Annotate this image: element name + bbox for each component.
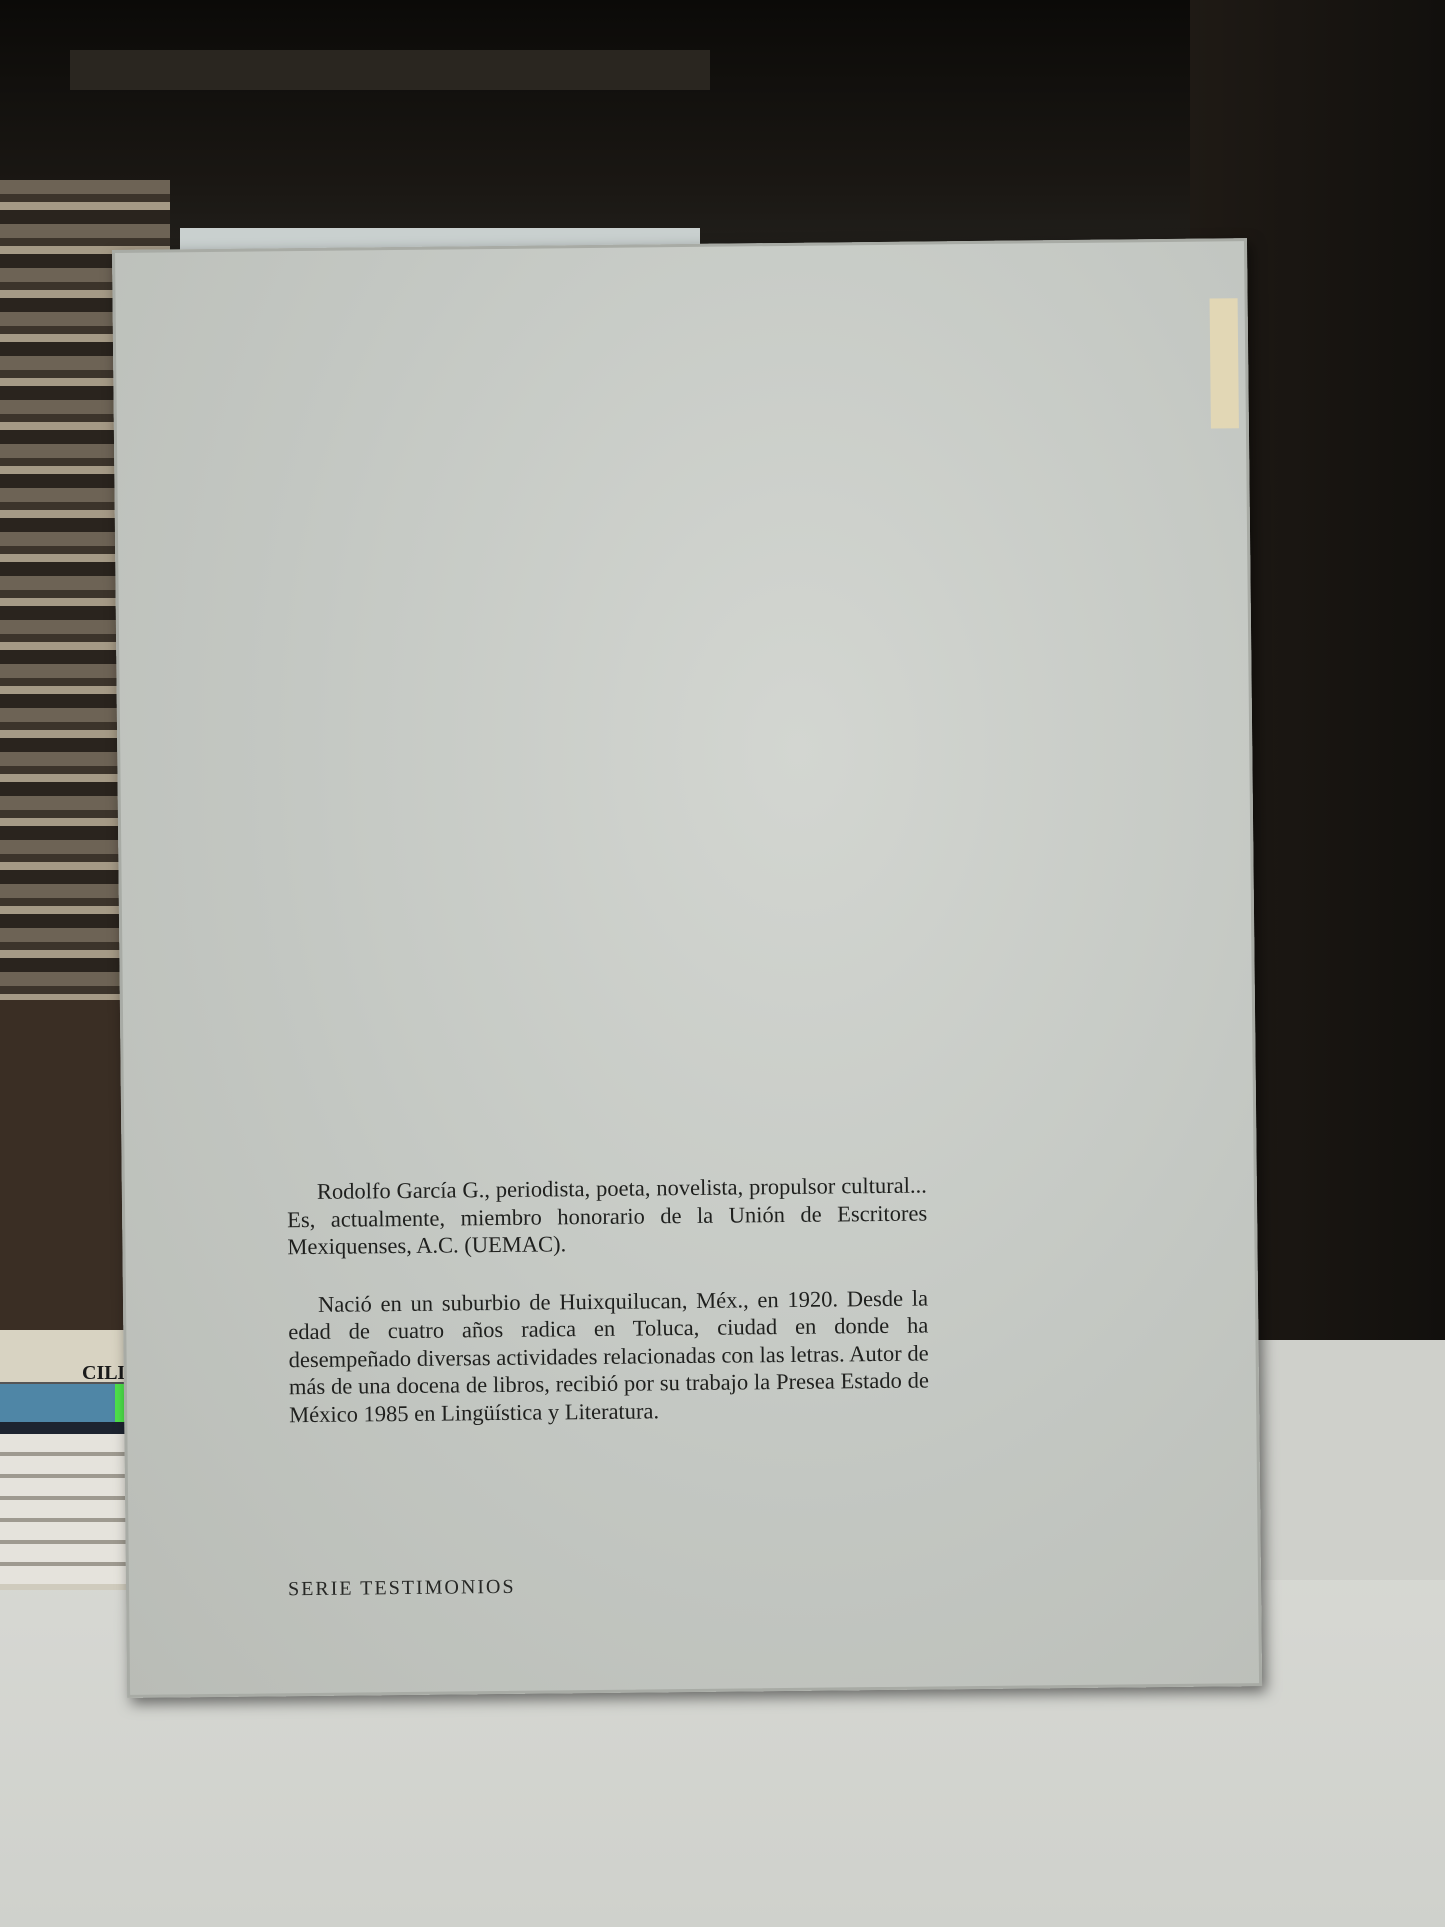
book-back-cover: Rodolfo García G., periodista, poeta, no… [112,238,1262,1698]
tape-strip [1210,298,1239,428]
ceiling-beam [70,50,710,90]
bio-paragraph: Rodolfo García G., periodista, poeta, no… [287,1172,928,1261]
series-title: SERIE TESTIMONIOS [288,1576,516,1601]
bio-paragraph: Nació en un suburbio de Huixquilucan, Mé… [288,1284,929,1428]
blue-book-spine [0,1384,115,1422]
author-bio: Rodolfo García G., periodista, poeta, no… [287,1172,930,1459]
